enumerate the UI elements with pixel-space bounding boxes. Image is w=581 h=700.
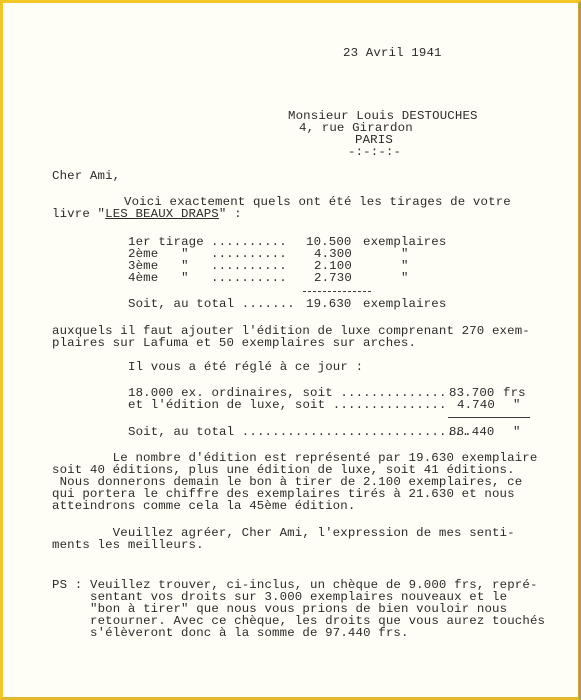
payment-total-rule (448, 417, 530, 418)
payment-label: et l'édition de luxe, soit .............… (128, 399, 447, 411)
payment-value: 4.740 (457, 399, 495, 411)
letter-date: 23 Avril 1941 (343, 47, 442, 59)
subtotal-rule (303, 291, 371, 292)
address-separator: -:-:-:- (348, 146, 401, 158)
print-run-value: 2.730 (314, 272, 352, 284)
print-run-label: 4ème " (128, 272, 189, 284)
payment-total-value: 88.440 (449, 426, 495, 438)
postscript-label: PS : (52, 579, 82, 591)
print-run-total-value: 19.630 (306, 298, 352, 310)
payment-total-label: Soit, au total .........................… (128, 426, 469, 438)
document-frame: 23 Avril 1941 Monsieur Louis DESTOUCHES … (0, 0, 581, 700)
closing-line: ments les meilleurs. (52, 539, 204, 551)
salutation: Cher Ami, (52, 170, 120, 182)
print-run-total-label: Soit, au total ....... (128, 298, 295, 310)
postscript-line: s'élèveront donc à la somme de 97.440 fr… (90, 627, 409, 639)
payment-unit: " (513, 399, 521, 411)
paid-intro: Il vous a été réglé à ce jour : (128, 361, 363, 373)
luxe-line-2: plaires sur Lafuma et 50 exemplaires sur… (52, 337, 416, 349)
intro-suffix: " : (219, 207, 242, 221)
editions-line: atteindrons comme cela la 45ème édition. (52, 500, 355, 512)
print-run-unit: " (401, 272, 409, 284)
print-run-total-unit: exemplaires (363, 298, 446, 310)
intro-line-2: livre "LES BEAUX DRAPS" : (52, 208, 242, 220)
book-title: LES BEAUX DRAPS (105, 207, 219, 221)
intro-prefix: livre " (52, 207, 105, 221)
letter-page: 23 Avril 1941 Monsieur Louis DESTOUCHES … (3, 3, 578, 697)
payment-total-unit: " (513, 426, 521, 438)
print-run-dots: .......... (211, 272, 287, 284)
